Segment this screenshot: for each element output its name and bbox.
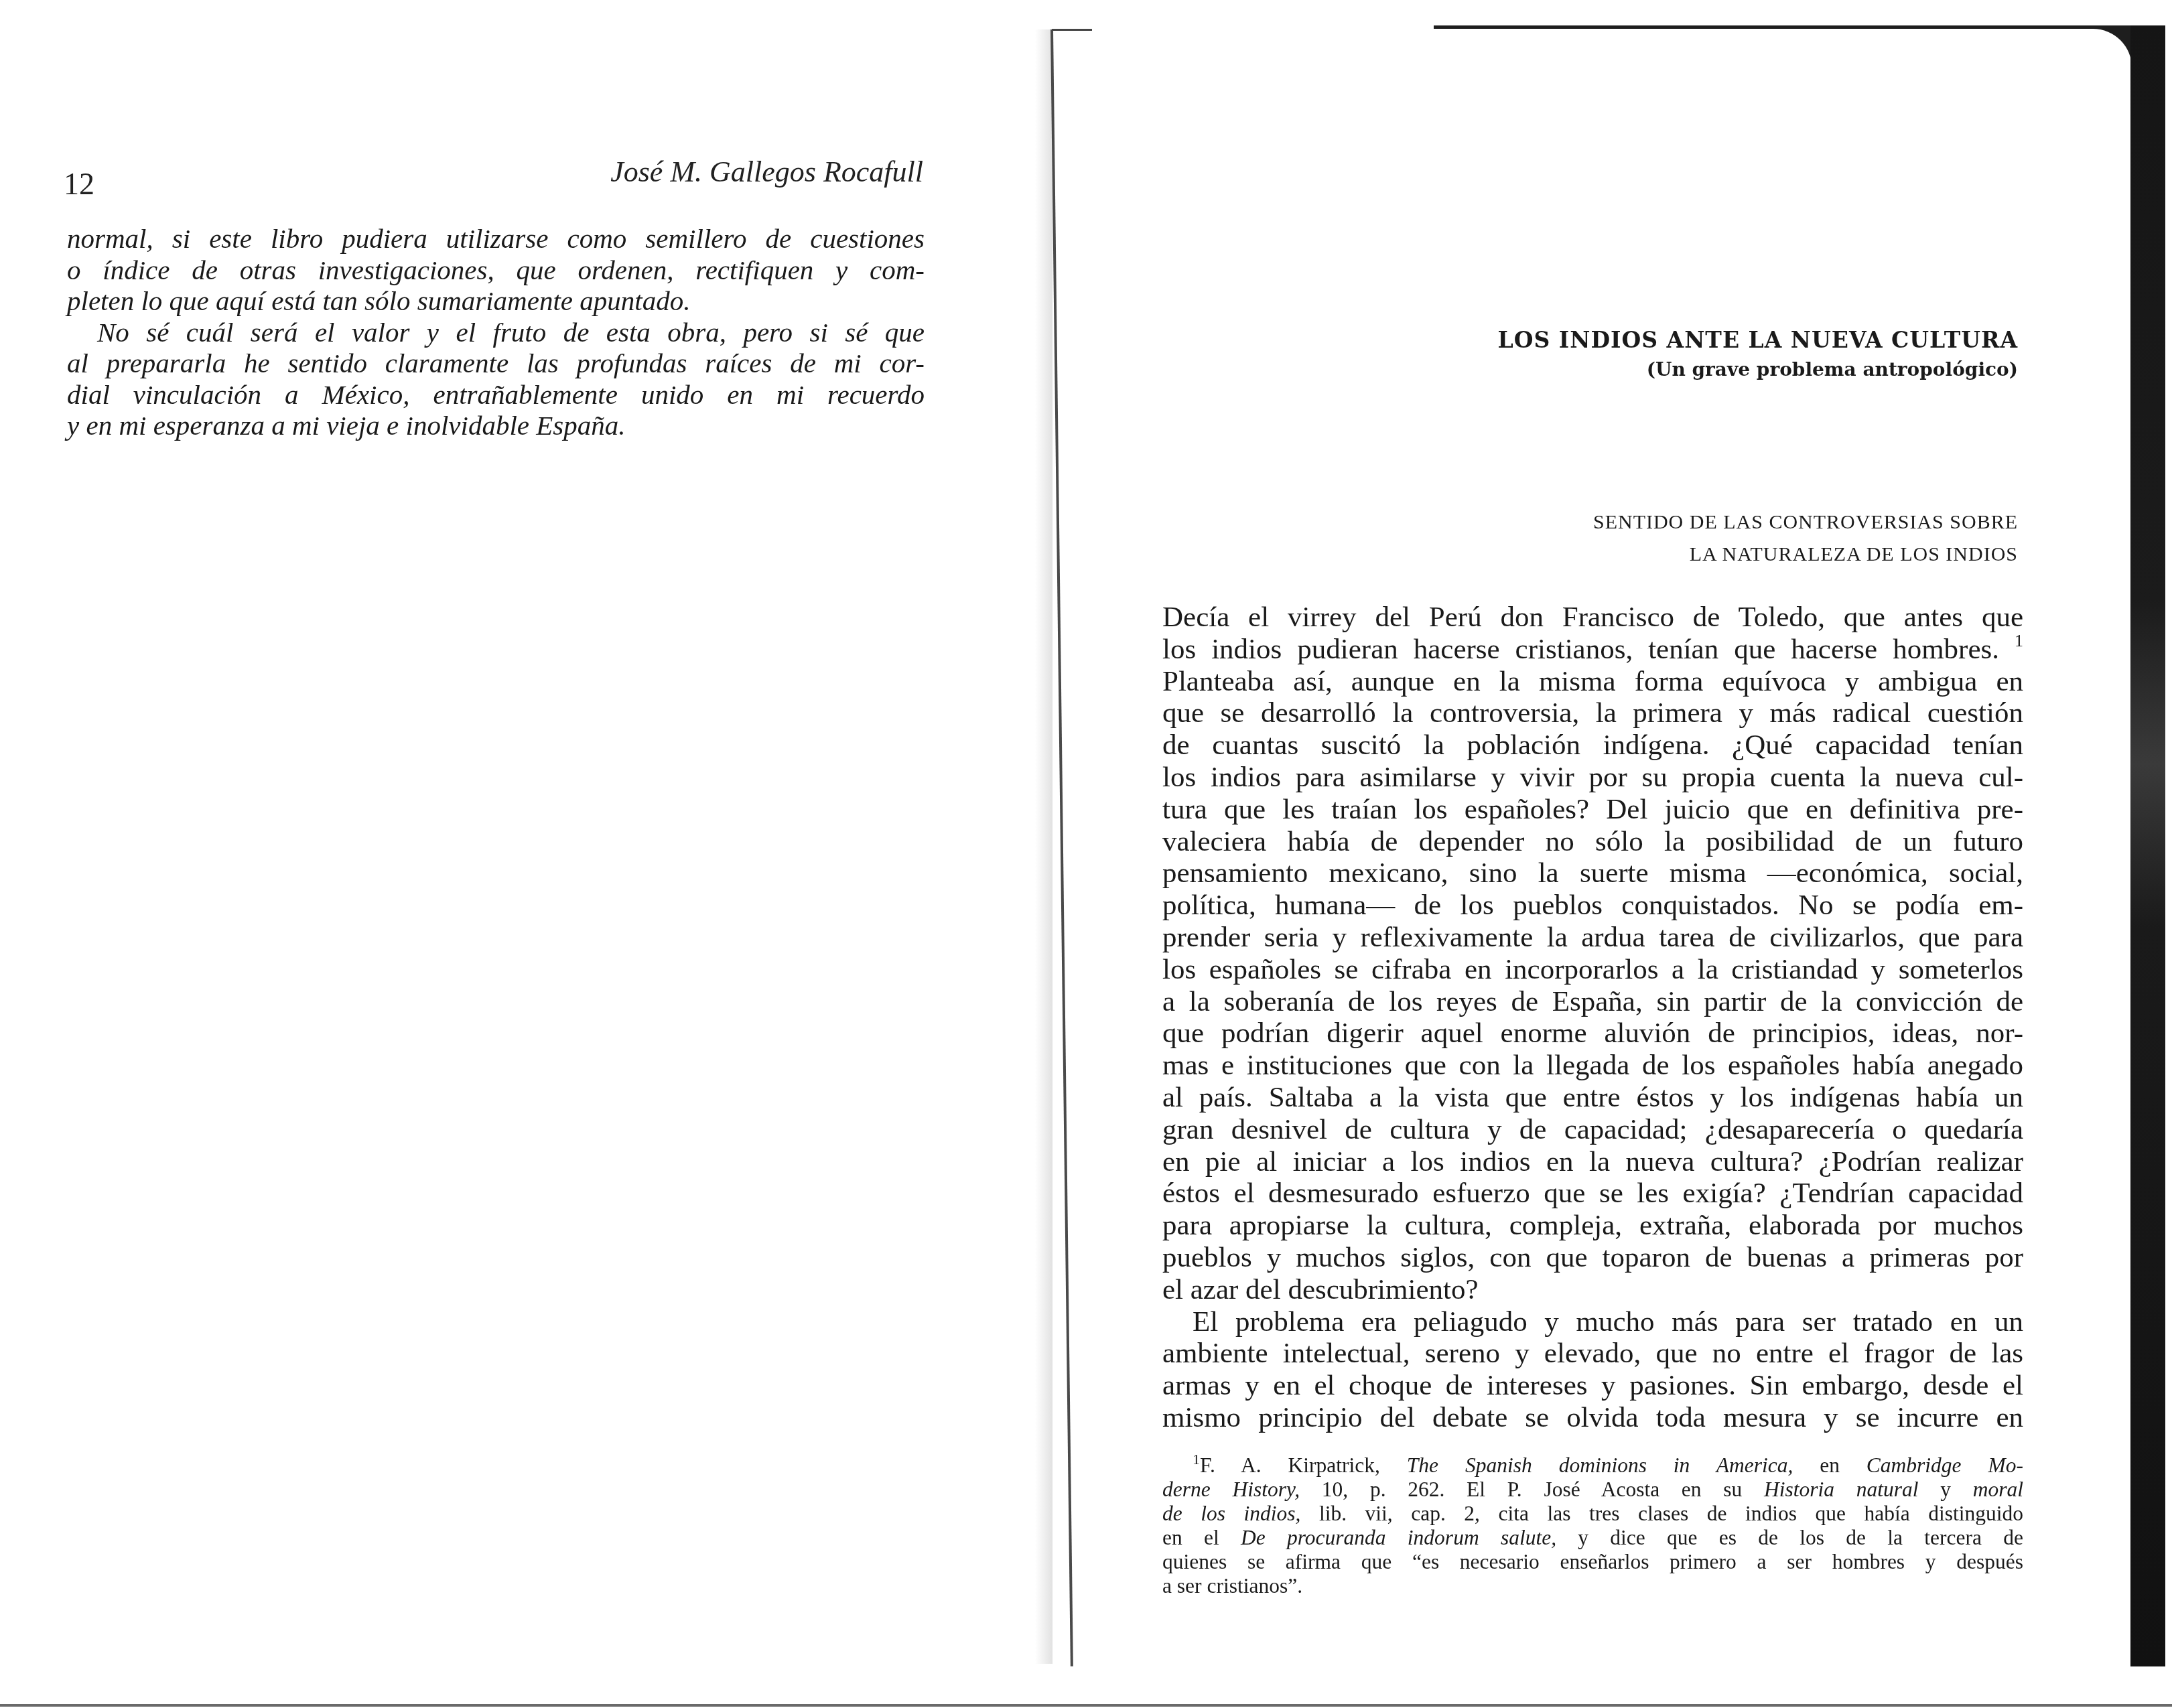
text-line: prender seria y reflexivamente la ardua …	[1162, 922, 2023, 954]
footnote-text: a ser cristianos”.	[1162, 1574, 1302, 1597]
footnote-line: a ser cristianos”.	[1162, 1574, 2023, 1598]
footnote-number: 1	[1193, 1451, 1200, 1468]
footnote-line: derne History, 10, p. 262. El P. José Ac…	[1162, 1478, 2023, 1502]
text-line: que podrían digerir aquel enorme aluvión…	[1162, 1017, 2023, 1050]
section-heading-line: SENTIDO DE LAS CONTROVERSIAS SOBRE	[1407, 506, 2018, 539]
section-heading: SENTIDO DE LAS CONTROVERSIAS SOBRE LA NA…	[1407, 506, 2018, 571]
scan-bottom-edge	[0, 1704, 2172, 1707]
text-line: política, humana— de los pueblos conquis…	[1162, 889, 2023, 922]
footnote-text: y	[1919, 1478, 1973, 1501]
text-line: y en mi esperanza a mi vieja e inolvidab…	[67, 410, 925, 441]
footnote: 1F. A. Kirpatrick, The Spanish dominions…	[1162, 1453, 2023, 1598]
text-line-with-footnote-ref: los indios pudieran hacerse cristianos, …	[1162, 634, 2023, 666]
text-line: de cuantas suscitó la población indígena…	[1162, 729, 2023, 762]
page-top-edge	[1434, 25, 2157, 29]
running-head-author: José M. Gallegos Rocafull	[590, 155, 923, 189]
footnote-line: de los indios, lib. vii, cap. 2, cita la…	[1162, 1502, 2023, 1526]
footnote-text: y dice que es de los de la tercera de	[1556, 1526, 2023, 1549]
page-number: 12	[64, 167, 94, 201]
text-line: No sé cuál será el valor y el fruto de e…	[67, 317, 925, 348]
chapter-title: LOS INDIOS ANTE LA NUEVA CULTURA	[1407, 326, 2018, 355]
text-line: pleten lo que aquí está tan sólo sumaria…	[67, 285, 925, 317]
footnote-title-italic: de los indios,	[1162, 1502, 1300, 1525]
text-line: al prepararla he sentido claramente las …	[67, 348, 925, 379]
footnote-line: quienes se afirma que “es necesario ense…	[1162, 1550, 2023, 1574]
text-line-content: los indios pudieran hacerse cristianos, …	[1162, 634, 1999, 665]
text-line: tura que les traían los españoles? Del j…	[1162, 794, 2023, 826]
gutter-shadow	[1035, 29, 1053, 1664]
page-right-edge-shadow	[2130, 25, 2165, 1666]
footnote-text: en	[1793, 1453, 1866, 1477]
text-line: que se desarrolló la controversia, la pr…	[1162, 697, 2023, 729]
footnote-title-italic: The Spanish dominions in America,	[1407, 1453, 1793, 1477]
text-line: dial vinculación a México, entrañablemen…	[67, 379, 925, 411]
text-line: mismo principio del debate se olvida tod…	[1162, 1402, 2023, 1434]
footnote-text: en el	[1162, 1526, 1241, 1549]
footnote-line: en el De procuranda indorum salute, y di…	[1162, 1526, 2023, 1550]
footnote-text: lib. vii, cap. 2, cita las tres clases d…	[1300, 1502, 2023, 1525]
text-line: gran desnivel de cultura y de capacidad;…	[1162, 1114, 2023, 1146]
text-line: mas e instituciones que con la llegada d…	[1162, 1050, 2023, 1082]
footnote-text: F. A. Kirpatrick,	[1200, 1453, 1407, 1477]
footnote-line: 1F. A. Kirpatrick, The Spanish dominions…	[1162, 1453, 2023, 1478]
text-line: El problema era peliagudo y mucho más pa…	[1162, 1306, 2023, 1338]
text-line: pueblos y muchos siglos, con que toparon…	[1162, 1242, 2023, 1274]
book-gutter-line	[1050, 29, 1073, 1666]
text-line: o índice de otras investigaciones, que o…	[67, 255, 925, 286]
text-line: el azar del descubrimiento?	[1162, 1274, 2023, 1306]
text-line: normal, si este libro pudiera utilizarse…	[67, 223, 925, 255]
section-heading-line: LA NATURALEZA DE LOS INDIOS	[1407, 539, 2018, 571]
text-line: armas y en el choque de intereses y pasi…	[1162, 1370, 2023, 1402]
text-line: pensamiento mexicano, sino la suerte mis…	[1162, 857, 2023, 889]
footnote-title-italic: De procuranda indorum salute,	[1241, 1526, 1556, 1549]
text-line: al país. Saltaba a la vista que entre és…	[1162, 1082, 2023, 1114]
footnote-title-italic: Historia natural	[1764, 1478, 1919, 1501]
footnote-text: 10, p. 262. El P. José Acosta en su	[1300, 1478, 1764, 1501]
text-line: para apropiarse la cultura, compleja, ex…	[1162, 1210, 2023, 1242]
text-line: en pie al iniciar a los indios en la nue…	[1162, 1146, 2023, 1178]
text-line: valeciera había de depender no sólo la p…	[1162, 826, 2023, 858]
chapter-subtitle: (Un grave problema antropológico)	[1407, 356, 2018, 383]
footnote-title-italic: moral	[1973, 1478, 2023, 1501]
footnote-title-italic: derne History,	[1162, 1478, 1300, 1501]
footnote-reference[interactable]: 1	[2015, 631, 2023, 650]
text-line: los indios para asimilarse y vivir por s…	[1162, 762, 2023, 794]
text-line: a la soberanía de los reyes de España, s…	[1162, 986, 2023, 1018]
text-line: éstos el desmesurado esfuerzo que se les…	[1162, 1178, 2023, 1210]
text-line: Planteaba así, aunque en la misma forma …	[1162, 666, 2023, 698]
left-page-body: normal, si este libro pudiera utilizarse…	[67, 223, 925, 441]
right-page-body: Decía el virrey del Perú don Francisco d…	[1162, 601, 2023, 1434]
text-line: ambiente intelectual, sereno y elevado, …	[1162, 1338, 2023, 1370]
text-line: los españoles se cifraba en incorporarlo…	[1162, 954, 2023, 986]
gutter-top-edge	[1052, 29, 1092, 31]
text-line: Decía el virrey del Perú don Francisco d…	[1162, 601, 2023, 634]
footnote-text: quienes se afirma que “es necesario ense…	[1162, 1550, 2023, 1573]
footnote-title-italic: Cambridge Mo-	[1866, 1453, 2023, 1477]
